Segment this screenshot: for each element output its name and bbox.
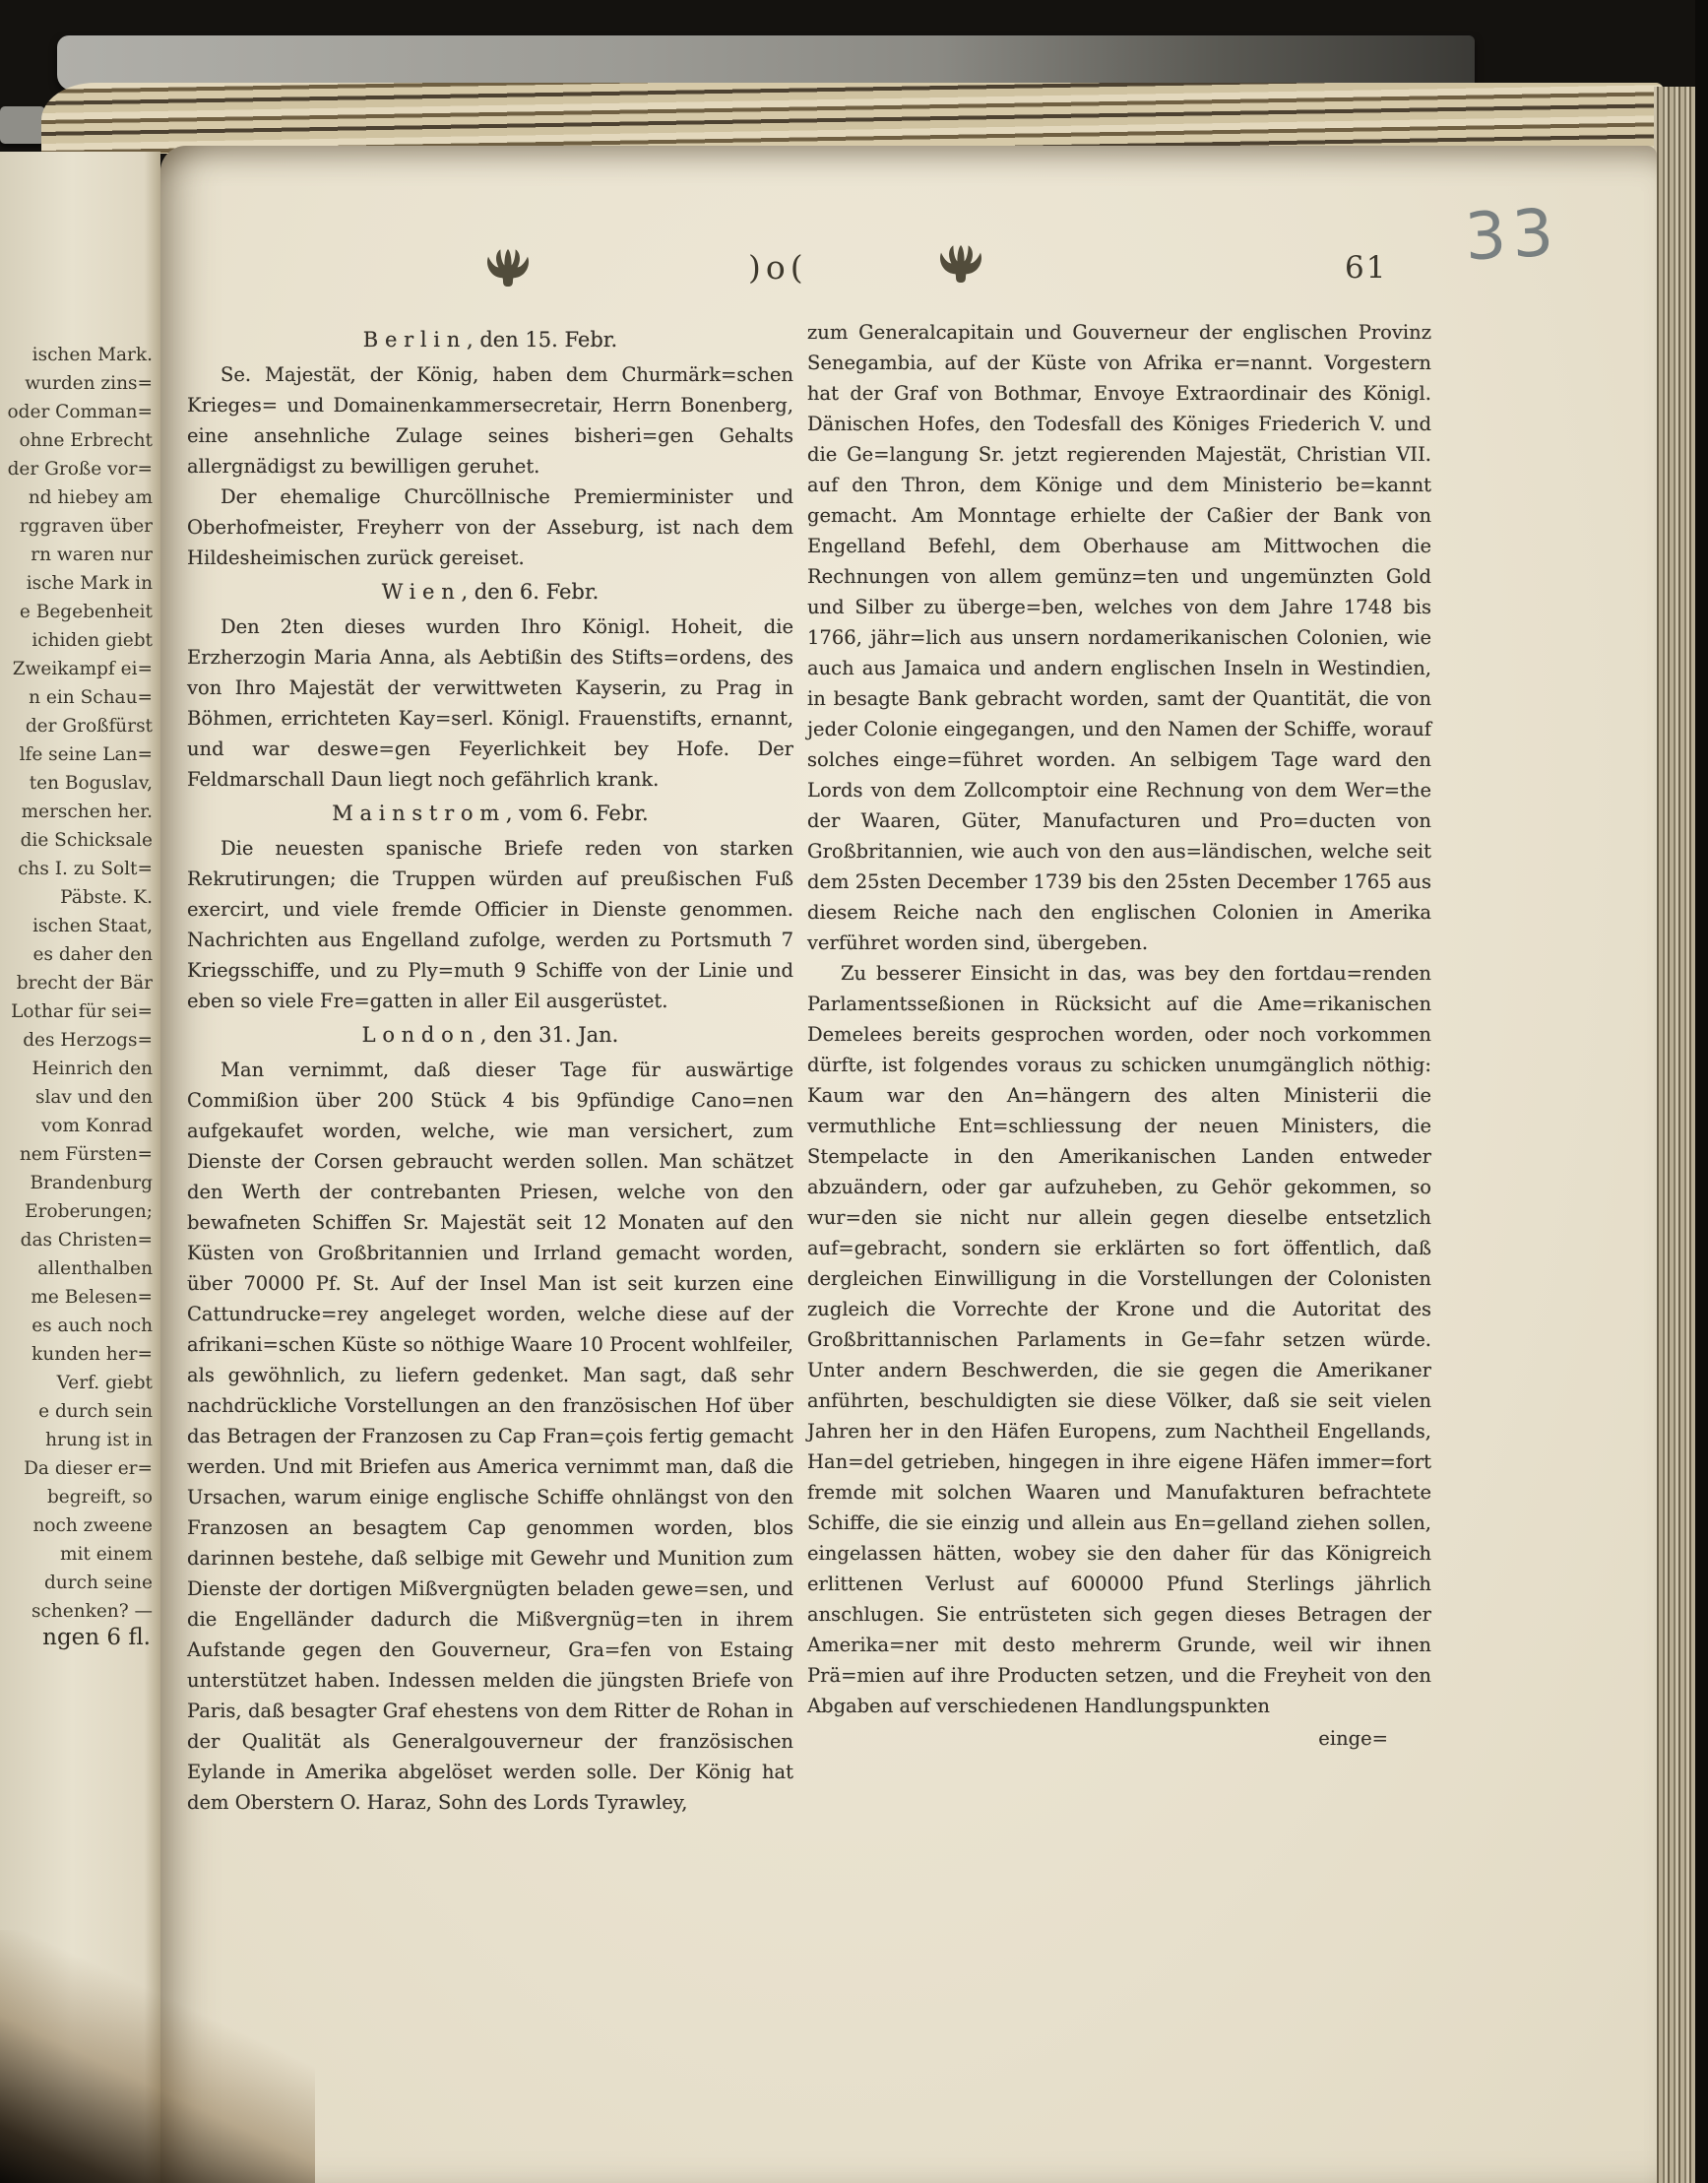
margin-text-line: Zweikampf ei= xyxy=(0,655,153,683)
dateline-place: Mainstrom xyxy=(332,802,506,825)
margin-text-line: Brandenburg xyxy=(0,1169,153,1197)
margin-text-line: des Herzogs= xyxy=(0,1026,153,1055)
book-spine-end xyxy=(0,106,45,144)
margin-text-line: lfe seine Lan= xyxy=(0,740,153,769)
margin-text-line: hrung ist in xyxy=(0,1426,153,1454)
margin-text-line: rn waren nur xyxy=(0,541,153,569)
catchword: einge= xyxy=(807,1723,1431,1754)
paragraph: Zu besserer Einsicht in das, was bey den… xyxy=(807,958,1431,1721)
margin-text-line: brecht der Bär xyxy=(0,969,153,997)
margin-text-line: Päbste. K. xyxy=(0,883,153,912)
dateline-berlin: Berlin, den 15. Febr. xyxy=(187,323,793,357)
margin-text-line: ischen Mark. xyxy=(0,341,153,369)
text-column-right: zum Generalcapitain und Gouverneur der e… xyxy=(807,317,1431,1754)
margin-text-line: e durch sein xyxy=(0,1397,153,1426)
text-column-left: Berlin, den 15. Febr. Se. Majestät, der … xyxy=(187,321,793,1818)
margin-text-line: chs I. zu Solt= xyxy=(0,855,153,883)
news-section-berlin: Berlin, den 15. Febr. Se. Majestät, der … xyxy=(187,323,793,573)
shell-ornament-icon xyxy=(937,244,984,286)
dateline-date: , den 31. Jan. xyxy=(480,1023,619,1047)
printed-page-number: 61 xyxy=(1345,250,1387,286)
facing-page-fragment: ischen Mark.wurden zins=oder Comman=ohne… xyxy=(0,152,160,2183)
page-edges-top xyxy=(41,83,1664,154)
margin-text-line: Eroberungen; xyxy=(0,1197,153,1226)
margin-text-line: der Große vor= xyxy=(0,455,153,483)
margin-text-line: es auch noch xyxy=(0,1312,153,1340)
margin-text-line: schenken? — xyxy=(0,1597,153,1626)
handwritten-folio-number: 33 xyxy=(1463,195,1561,276)
margin-text-line: mit einem xyxy=(0,1540,153,1569)
background-right xyxy=(1695,0,1708,2183)
margin-text-line: durch seine xyxy=(0,1569,153,1597)
margin-text-line: n ein Schau= xyxy=(0,683,153,712)
paragraph: zum Generalcapitain und Gouverneur der e… xyxy=(807,317,1431,958)
dateline-date: , den 15. Febr. xyxy=(467,328,617,352)
margin-text-line: kunden her= xyxy=(0,1340,153,1369)
dateline-wien: Wien, den 6. Febr. xyxy=(187,575,793,610)
margin-text-line: noch zweene xyxy=(0,1511,153,1540)
margin-text-line: me Belesen= xyxy=(0,1283,153,1312)
dateline-place: Berlin xyxy=(363,328,467,352)
margin-text-line: allenthalben xyxy=(0,1254,153,1283)
paragraph: Der ehemalige Churcöllnische Premiermini… xyxy=(187,482,793,573)
margin-text-line: ten Boguslav, xyxy=(0,769,153,798)
margin-text-line: wurden zins= xyxy=(0,369,153,398)
paragraph: Man vernimmt, daß dieser Tage für auswär… xyxy=(187,1055,793,1818)
dateline-place: London xyxy=(362,1023,480,1047)
margin-text-line: ichiden giebt xyxy=(0,626,153,655)
page-edges-right xyxy=(1654,87,1695,2183)
margin-text-line: Heinrich den xyxy=(0,1055,153,1083)
shell-ornament-icon xyxy=(484,248,532,289)
news-section-wien: Wien, den 6. Febr. Den 2ten dieses wurde… xyxy=(187,575,793,795)
margin-text-line: ohne Erbrecht xyxy=(0,426,153,455)
facing-page-text: ischen Mark.wurden zins=oder Comman=ohne… xyxy=(0,341,153,1626)
dateline-mainstrom: Mainstrom, vom 6. Febr. xyxy=(187,797,793,831)
margin-text-line: Lothar für sei= xyxy=(0,997,153,1026)
news-section-mainstrom: Mainstrom, vom 6. Febr. Die neuesten spa… xyxy=(187,797,793,1016)
margin-text-line: die Schicksale xyxy=(0,826,153,855)
margin-text-line: das Christen= xyxy=(0,1226,153,1254)
price-line: ngen 6 fl. xyxy=(42,1625,151,1650)
dateline-date: , den 6. Febr. xyxy=(461,580,599,604)
margin-text-line: der Großfürst xyxy=(0,712,153,740)
margin-text-line: vom Konrad xyxy=(0,1112,153,1140)
paragraph: Die neuesten spanische Briefe reden von … xyxy=(187,833,793,1016)
margin-text-line: es daher den xyxy=(0,940,153,969)
margin-text-line: ischen Staat, xyxy=(0,912,153,940)
margin-text-line: ische Mark in xyxy=(0,569,153,598)
margin-text-line: oder Comman= xyxy=(0,398,153,426)
margin-text-line: nd hiebey am xyxy=(0,483,153,512)
paragraph: Den 2ten dieses wurden Ihro Königl. Hohe… xyxy=(187,611,793,795)
margin-text-line: Verf. giebt xyxy=(0,1369,153,1397)
book-scan: ischen Mark.wurden zins=oder Comman=ohne… xyxy=(0,0,1708,2183)
margin-text-line: nem Fürsten= xyxy=(0,1140,153,1169)
margin-text-line: slav und den xyxy=(0,1083,153,1112)
margin-text-line: rggraven über xyxy=(0,512,153,541)
paragraph: Se. Majestät, der König, haben dem Churm… xyxy=(187,359,793,482)
margin-text-line: e Begebenheit xyxy=(0,598,153,626)
signature-mark: )o( xyxy=(748,248,808,287)
dateline-date: , vom 6. Febr. xyxy=(506,802,649,825)
dateline-london: London, den 31. Jan. xyxy=(187,1018,793,1053)
margin-text-line: merschen her. xyxy=(0,798,153,826)
margin-text-line: Da dieser er= xyxy=(0,1454,153,1483)
dateline-place: Wien xyxy=(382,580,462,604)
margin-text-line: begreift, so xyxy=(0,1483,153,1511)
news-section-london: London, den 31. Jan. Man vernimmt, daß d… xyxy=(187,1018,793,1818)
